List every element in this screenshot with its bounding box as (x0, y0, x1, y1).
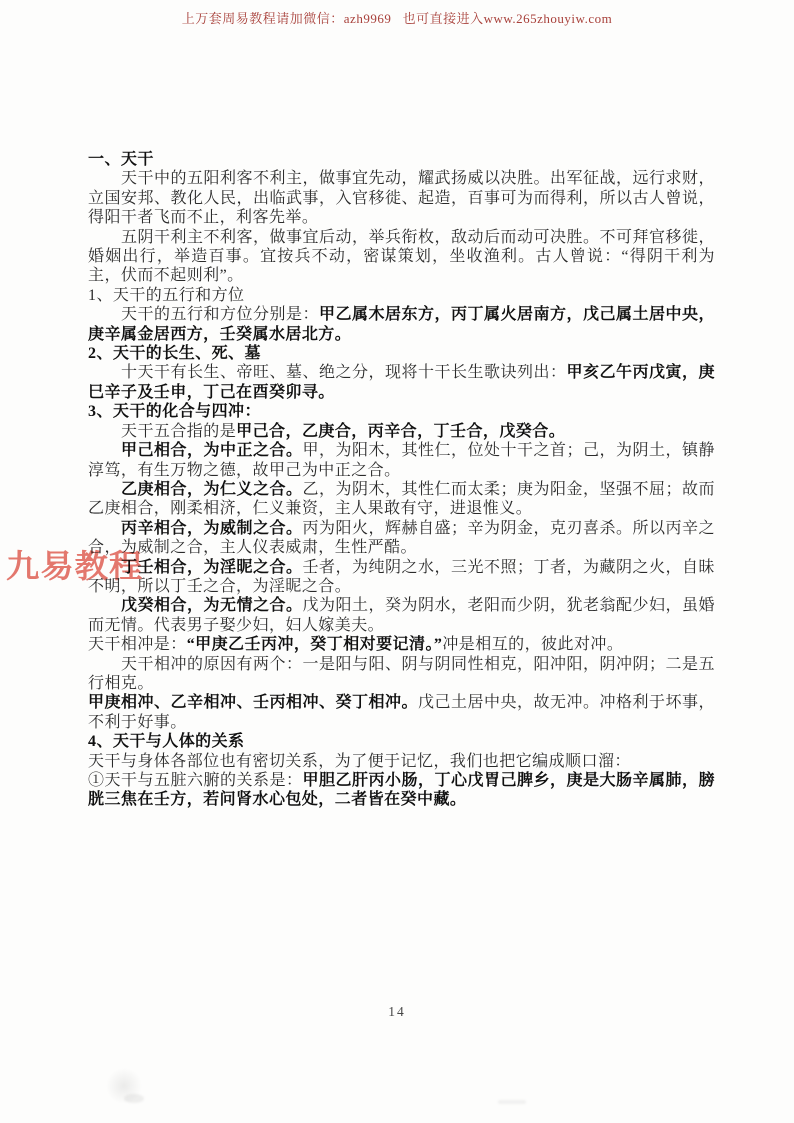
bold-run: 乙庚相合，为仁义之合。 (121, 481, 303, 498)
paragraph-changsheng-gejue: 十天干有长生、帝旺、墓、绝之分，现将十干长生歌诀列出：甲亥乙午丙戊寅，庚巳辛子及… (88, 363, 715, 402)
paragraph-yang-stems: 天干中的五阳利客不利主，做事宜先动，耀武扬威以决胜。出军征战，远行求财，立国安邦… (88, 169, 715, 227)
paragraph-combo-wugui: 戊癸相合，为无情之合。戊为阳土，癸为阴水，老阳而少阴，犹老翁配少妇，虽婚而无情。… (88, 596, 715, 635)
section-heading-changsheng: 2、天干的长生、死、墓 (88, 344, 715, 363)
text-run: 天干的五行和方位分别是： (121, 306, 319, 323)
text-run: 十天干有长生、帝旺、墓、绝之分，现将十干长生歌诀列出： (121, 364, 567, 381)
paragraph-combo-yigeng: 乙庚相合，为仁义之合。乙，为阴木，其性仁而太柔；庚为阳金，坚强不屈；故而乙庚相合… (88, 480, 715, 519)
watermark-text: 九易教程 (6, 541, 143, 587)
bold-run: 戊癸相合，为无情之合。 (121, 597, 303, 614)
bold-run: 甲己合，乙庚合，丙辛合，丁壬合，戊癸合。 (236, 423, 565, 440)
section-heading-tiangan: 一、天干 (88, 150, 715, 169)
paragraph-combo-bingxin: 丙辛相合，为威制之合。丙为阳火，辉赫自盛；辛为阴金，克刃喜杀。所以丙辛之合，为威… (88, 519, 715, 558)
paragraph-chong-reasons: 天干相冲的原因有两个：一是阳与阳、阴与阴同性相克，阳冲阳，阴冲阴；二是五行相克。 (88, 655, 715, 694)
paragraph-combo-jiaji: 甲己相合，为中正之合。甲，为阳木，其性仁，位处十干之首；己，为阴土，镇静淳笃，有… (88, 441, 715, 480)
scan-smudge-artifact (498, 1100, 526, 1104)
paragraph-yin-stems: 五阴干利主不利客，做事宜后动，举兵衔枚，敌动后而动可决胜。不可拜官移徙，婚姻出行… (88, 228, 715, 286)
scan-smudge-artifact (106, 1068, 142, 1104)
text-run: 天干相冲是： (88, 636, 187, 653)
paragraph-zangfu-rhyme: ①天干与五脏六腑的关系是：甲胆乙肝丙小肠，丁心戊胃己脾乡，庚是大肠辛属肺，膀胱三… (88, 771, 715, 810)
scanned-document-page: 上万套周易教程请加微信：azh9969 也可直接进入www.265zhouyiw… (0, 0, 794, 1123)
bold-run: “甲庚乙壬丙冲，癸丁相对要记清。” (187, 636, 443, 653)
paragraph-chong-pairs: 甲庚相冲、乙辛相冲、壬丙相冲、癸丁相冲。戊己土居中央，故无冲。冲格利于坏事，不利… (88, 693, 715, 732)
bold-run: 丁壬相合，为淫昵之合。 (121, 559, 303, 576)
scan-smudge-artifact (124, 1094, 144, 1103)
bold-run: 丙辛相合，为威制之合。 (121, 520, 303, 537)
document-body: 一、天干 天干中的五阳利客不利主，做事宜先动，耀武扬威以决胜。出军征战，远行求财… (88, 150, 715, 810)
text-run: 冲是相互的，彼此对冲。 (442, 636, 623, 653)
paragraph-combo-dingren: 丁壬相合，为淫昵之合。壬者，为纯阴之水，三光不照；丁者，为藏阴之火，自昧不明，所… (88, 558, 715, 597)
text-run: 天干五合指的是 (121, 423, 236, 440)
section-heading-huahe-sichong: 3、天干的化合与四冲： (88, 402, 715, 421)
paragraph-chong-rhyme: 天干相冲是：“甲庚乙壬丙冲，癸丁相对要记清。”冲是相互的，彼此对冲。 (88, 635, 715, 654)
paragraph-body-relation: 天干与身体各部位也有密切关系，为了便于记忆，我们也把它编成顺口溜： (88, 752, 715, 771)
section-heading-renti: 4、天干与人体的关系 (88, 732, 715, 751)
paragraph-five-combinations: 天干五合指的是甲己合，乙庚合，丙辛合，丁壬合，戊癸合。 (88, 422, 715, 441)
page-number: 14 (0, 1004, 794, 1020)
bold-run: 甲庚相冲、乙辛相冲、壬丙相冲、癸丁相冲。 (88, 694, 418, 711)
text-run: ①天干与五脏六腑的关系是： (88, 772, 303, 789)
paragraph-wuxing-fangwei: 天干的五行和方位分别是：甲乙属木居东方，丙丁属火居南方，戊己属土居中央，庚辛属金… (88, 305, 715, 344)
header-promo-text: 上万套周易教程请加微信：azh9969 也可直接进入www.265zhouyiw… (0, 8, 794, 27)
section-heading-wuxing-fangwei: 1、天干的五行和方位 (88, 286, 715, 305)
bold-run: 甲己相合，为中正之合。 (121, 442, 303, 459)
